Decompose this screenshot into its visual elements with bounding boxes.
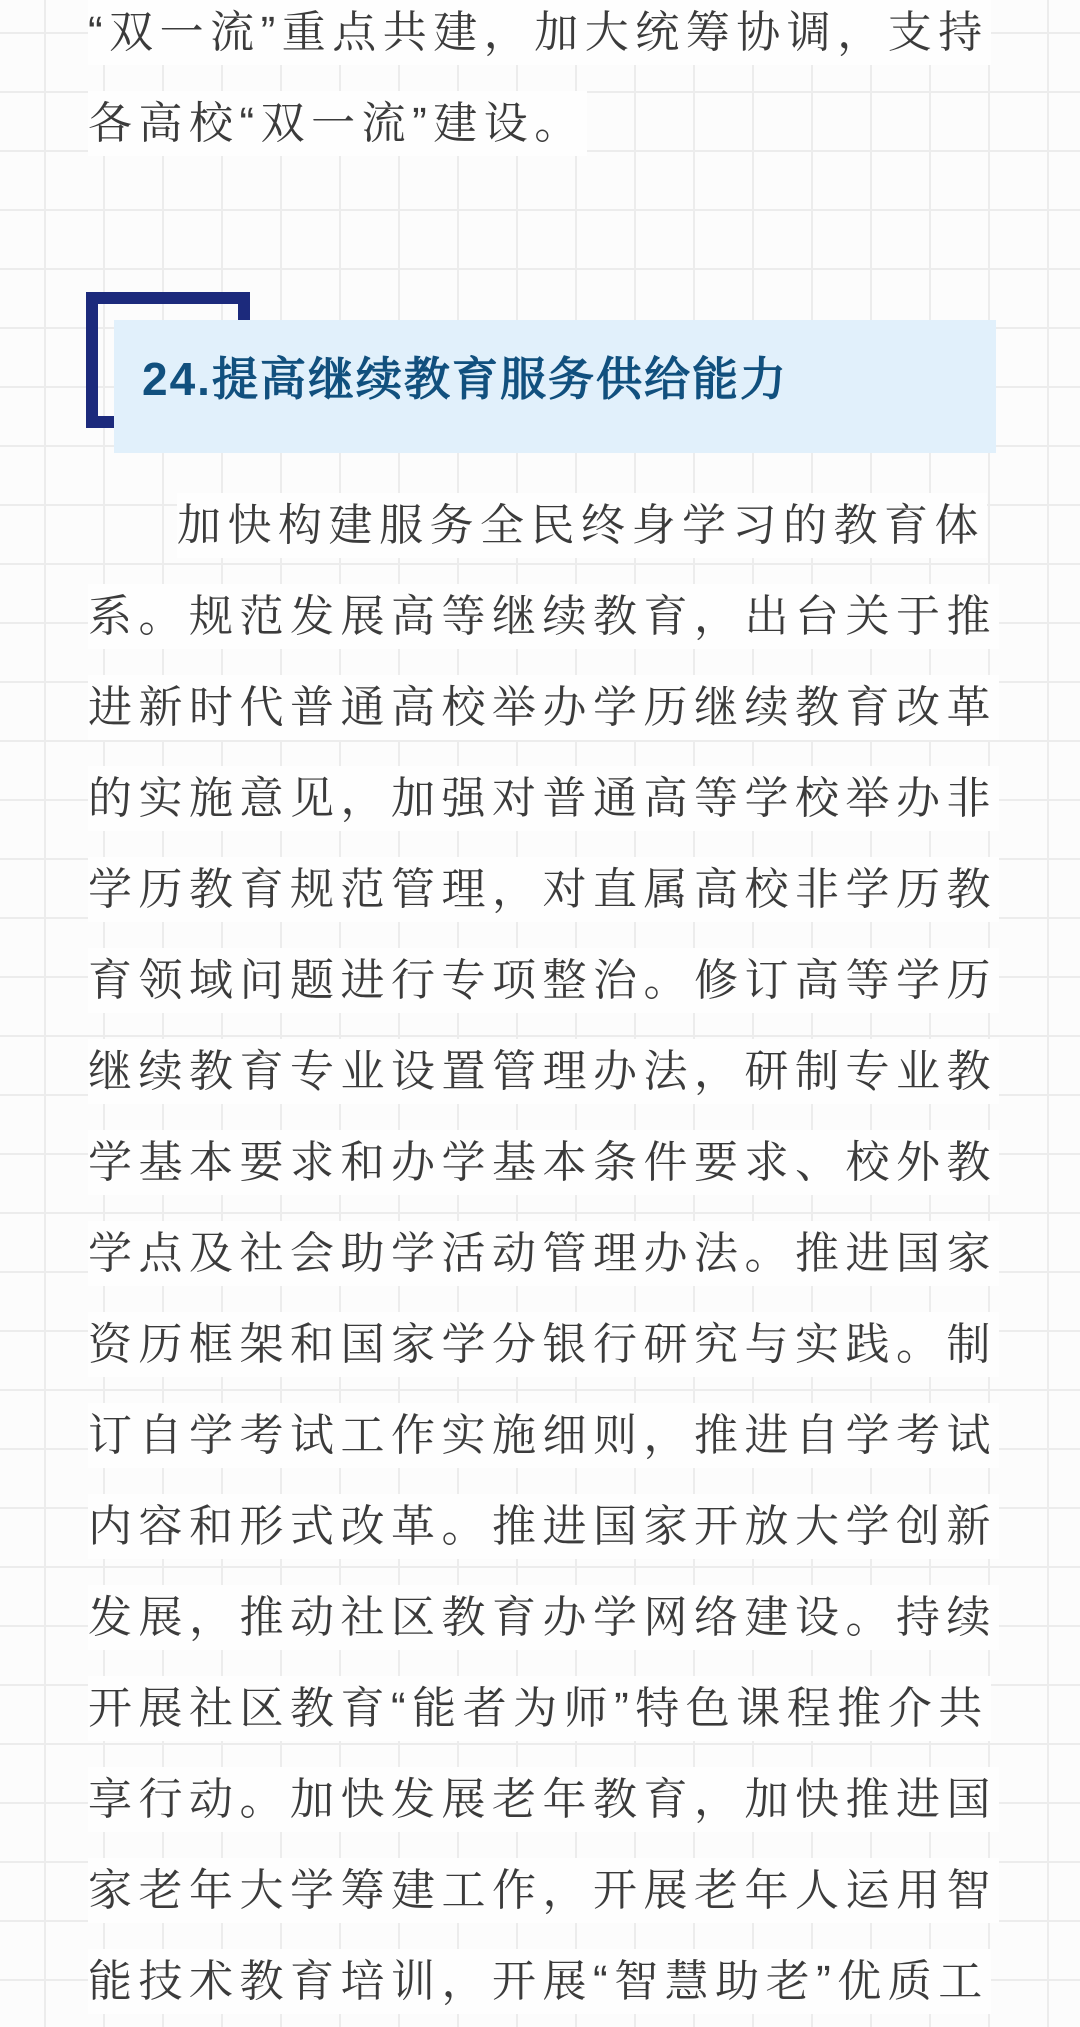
- text-line: 学点及社会助学活动管理办法。推进国家: [88, 1208, 1000, 1299]
- text-line: 订自学考试工作实施细则，推进自学考试: [88, 1390, 1000, 1481]
- text-line: 加快构建服务全民终身学习的教育体: [88, 480, 1000, 571]
- text-line: 家老年大学筹建工作，开展老年人运用智: [88, 1845, 1000, 1936]
- text-line: 资历框架和国家学分银行研究与实践。制: [88, 1299, 1000, 1390]
- text-line: 育领域问题进行专项整治。修订高等学历: [88, 935, 1000, 1026]
- text-line: 进新时代普通高校举办学历继续教育改革: [88, 662, 1000, 753]
- text-line: 能技术教育培训，开展“智慧助老”优质工: [88, 1936, 1000, 2027]
- text-line: 开展社区教育“能者为师”特色课程推介共: [88, 1663, 1000, 1754]
- text-line: 内容和形式改革。推进国家开放大学创新: [88, 1481, 1000, 1572]
- paragraph-main: 加快构建服务全民终身学习的教育体 系。规范发展高等继续教育，出台关于推 进新时代…: [88, 480, 1000, 2027]
- text-line: 继续教育专业设置管理办法，研制专业教: [88, 1026, 1000, 1117]
- text-line: 发展，推动社区教育办学网络建设。持续: [88, 1572, 1000, 1663]
- text-line: 学基本要求和办学基本条件要求、校外教: [88, 1117, 1000, 1208]
- text-line: “双一流”重点共建，加大统筹协调，支持: [88, 0, 1000, 78]
- text-line: 的实施意见，加强对普通高等学校举办非: [88, 753, 1000, 844]
- text-line: 各高校“双一流”建设。: [88, 78, 1000, 169]
- text-line: 系。规范发展高等继续教育，出台关于推: [88, 571, 1000, 662]
- text-line: 享行动。加快发展老年教育，加快推进国: [88, 1754, 1000, 1845]
- text-line: 学历教育规范管理，对直属高校非学历教: [88, 844, 1000, 935]
- section-heading: 24.提高继续教育服务供给能力: [142, 354, 996, 404]
- paragraph-continued: “双一流”重点共建，加大统筹协调，支持 各高校“双一流”建设。: [88, 0, 1000, 169]
- section-heading-box: 24.提高继续教育服务供给能力: [114, 320, 996, 453]
- article-page: “双一流”重点共建，加大统筹协调，支持 各高校“双一流”建设。 24.提高继续教…: [0, 0, 1080, 2027]
